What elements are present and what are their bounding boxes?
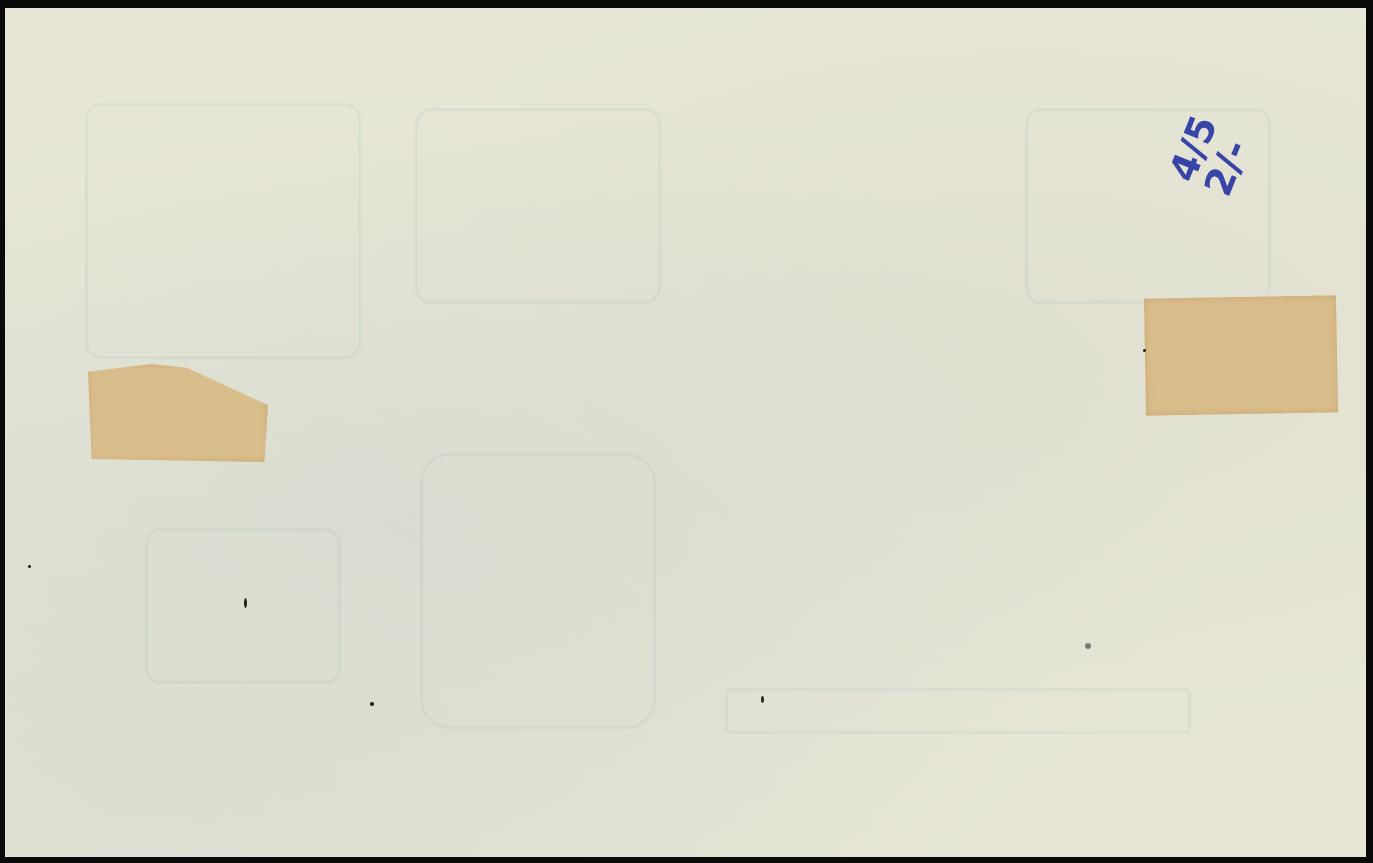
showthrough-design xyxy=(145,528,341,684)
speck xyxy=(244,598,247,608)
speck xyxy=(1085,643,1091,649)
speck xyxy=(761,696,764,703)
showthrough-design xyxy=(415,108,661,304)
speck xyxy=(370,702,374,706)
showthrough-design xyxy=(420,453,656,729)
showthrough-design xyxy=(85,103,361,359)
speck xyxy=(1143,349,1146,352)
speck xyxy=(28,565,31,568)
tape-strip-right xyxy=(1144,295,1338,415)
showthrough-text xyxy=(725,688,1191,734)
